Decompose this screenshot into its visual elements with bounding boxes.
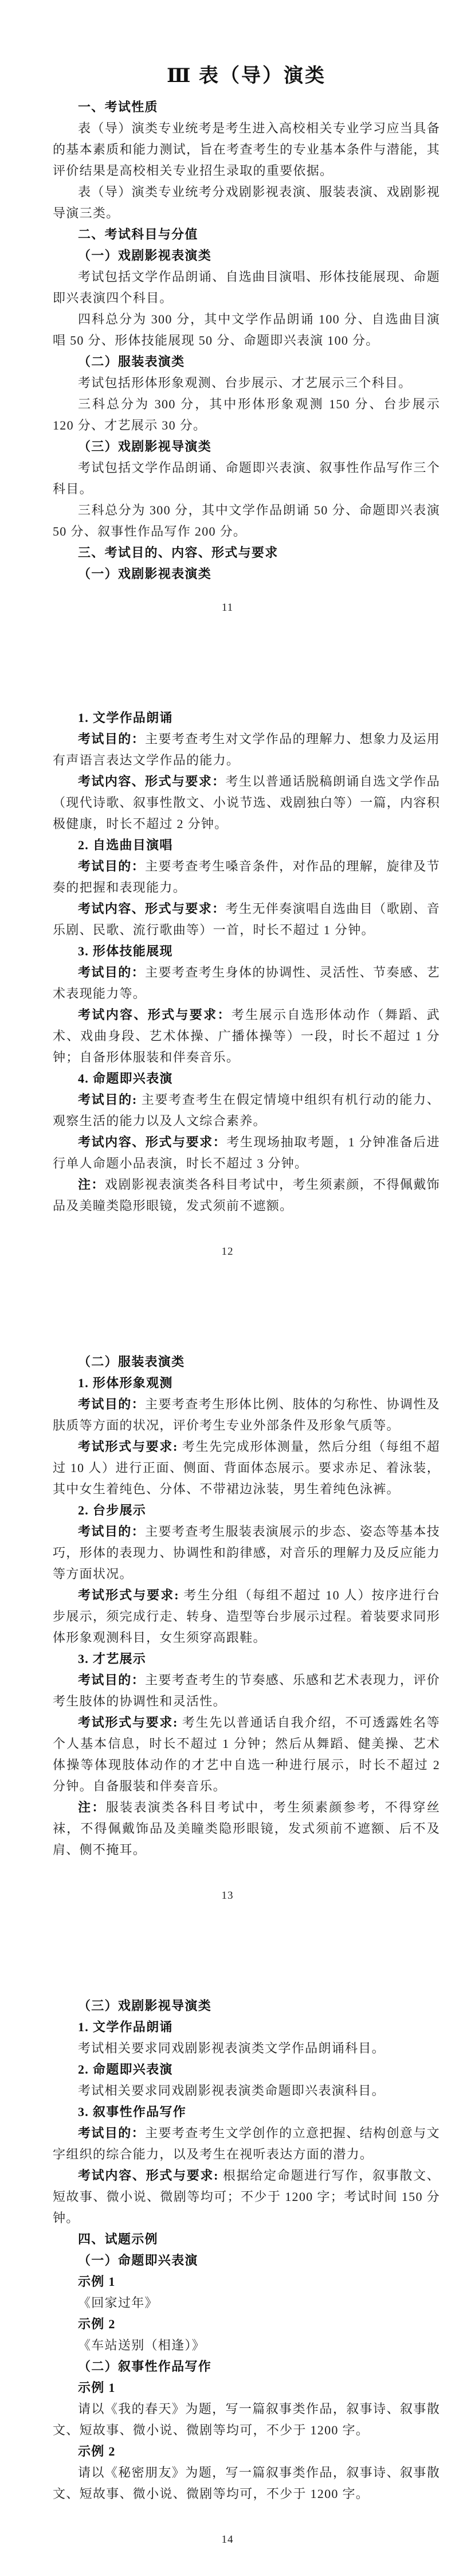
page-13: （二）服装表演类1. 形体形象观测考试目的：主要考查考生形体比例、肢体的匀称性、… <box>0 1288 455 1932</box>
text-run: 考试相关要求同戏剧影视表演类文学作品朗诵科目。 <box>78 2041 385 2055</box>
paragraph: 表（导）演类专业统考是考生进入高校相关专业学习应当具备的基本素质和能力测试，旨在… <box>53 118 440 181</box>
paragraph: 考试目的：主要考查考生对文学作品的理解力、想象力及运用有声语言表达文学作品的能力… <box>53 728 440 771</box>
paragraph: 考试目的：主要考查考生服装表演展示的步态、姿态等基本技巧，形体的表现力、协调性和… <box>53 1521 440 1584</box>
item-heading: 1. 形体形象观测 <box>53 1372 440 1394</box>
label-run: 考试目的： <box>78 1524 145 1539</box>
text-run: 考试包括文学作品朗诵、命题即兴表演、叙事性作品写作三个科目。 <box>53 460 440 496</box>
text-run: 戏剧影视表演类各科目考试中，考生须素颜，不得佩戴饰品及美瞳类隐形眼镜，发式须前不… <box>53 1177 440 1213</box>
sub-heading: （二）叙事性作品写作 <box>53 2356 440 2377</box>
label-run: 考试目的： <box>78 732 145 746</box>
label-run: 考试形式与要求: <box>78 1588 179 1602</box>
label-run: 考试目的: <box>78 1092 137 1107</box>
paragraph: 考试内容、形式与要求：考生无伴奏演唱自选曲目（歌剧、音乐剧、民歌、流行歌曲等）一… <box>53 898 440 940</box>
label-run: 考试目的： <box>78 859 145 873</box>
paragraph: 请以《我的春天》为题，写一篇叙事类作品，叙事诗、叙事散文、短故事、微小说、微剧等… <box>53 2398 440 2441</box>
paragraph: 考试相关要求同戏剧影视表演类命题即兴表演科目。 <box>53 2080 440 2101</box>
paragraph: 考试目的: 主要考查考生在假定情境中组织有机行动的能力、观察生活的能力以及人文综… <box>53 1089 440 1131</box>
item-heading: 4. 命题即兴表演 <box>53 1068 440 1089</box>
paragraph: 请以《秘密朋友》为题，写一篇叙事类作品，叙事诗、叙事散文、短故事、微小说、微剧等… <box>53 2462 440 2504</box>
text-run: 表（导）演类专业统考是考生进入高校相关专业学习应当具备的基本素质和能力测试，旨在… <box>53 121 440 178</box>
text-run: 《回家过年》 <box>78 2296 158 2310</box>
item-heading: 2. 台步展示 <box>53 1500 440 1521</box>
page-12: 1. 文学作品朗诵考试目的：主要考查考生对文学作品的理解力、想象力及运用有声语言… <box>0 644 455 1288</box>
sub-heading: （一）戏剧影视表演类 <box>53 245 440 266</box>
paragraph: 考试包括文学作品朗诵、自选曲目演唱、形体技能展现、命题即兴表演四个科目。 <box>53 266 440 309</box>
paragraph: 考试形式与要求: 考生先完成形体测量，然后分组（每组不超过 10 人）进行正面、… <box>53 1436 440 1500</box>
document: Ⅲ 表（导）演类一、考试性质表（导）演类专业统考是考生进入高校相关专业学习应当具… <box>0 0 455 2576</box>
sub-heading: （三）戏剧影视导演类 <box>53 436 440 457</box>
paragraph: 《回家过年》 <box>53 2292 440 2313</box>
paragraph: 《车站送别（相逢）》 <box>53 2335 440 2356</box>
text-run: 三科总分为 300 分，其中文学作品朗诵 50 分、命题即兴表演 50 分、叙事… <box>53 503 440 538</box>
paragraph: 考试包括形体形象观测、台步展示、才艺展示三个科目。 <box>53 372 440 393</box>
label-run: 考试目的： <box>78 2126 145 2140</box>
item-heading: 示例 1 <box>53 2271 440 2292</box>
item-heading: 1. 文学作品朗诵 <box>53 707 440 728</box>
page-number: 13 <box>0 1890 455 1902</box>
paragraph: 表（导）演类专业统考分戏剧影视表演、服装表演、戏剧影视导演三类。 <box>53 181 440 224</box>
paragraph: 考试形式与要求: 考生先以普通话自我介绍，不可透露姓名等个人基本信息，时长不超过… <box>53 1712 440 1797</box>
paragraph: 四科总分为 300 分，其中文学作品朗诵 100 分、自选曲目演唱 50 分、形… <box>53 309 440 351</box>
label-run: 考试内容、形式与要求： <box>78 1135 226 1149</box>
paragraph: 三科总分为 300 分，其中形体形象观测 150 分、台步展示 120 分、才艺… <box>53 393 440 436</box>
paragraph: 考试目的：主要考查考生文学创作的立意把握、结构创意与文字组织的综合能力，以及考生… <box>53 2122 440 2165</box>
item-heading: 示例 2 <box>53 2441 440 2462</box>
text-run: 四科总分为 300 分，其中文学作品朗诵 100 分、自选曲目演唱 50 分、形… <box>53 312 440 348</box>
section-heading: 一、考试性质 <box>53 96 440 118</box>
label-run: 考试内容、形式与要求： <box>78 1008 232 1022</box>
page-14: （三）戏剧影视导演类1. 文学作品朗诵考试相关要求同戏剧影视表演类文学作品朗诵科… <box>0 1932 455 2576</box>
page-number: 12 <box>0 1246 455 1258</box>
item-heading: 1. 文学作品朗诵 <box>53 2016 440 2038</box>
document-title: Ⅲ 表（导）演类 <box>53 63 440 89</box>
sub-heading: （二）服装表演类 <box>53 1351 440 1372</box>
text-run: 三科总分为 300 分，其中形体形象观测 150 分、台步展示 120 分、才艺… <box>53 397 440 432</box>
paragraph: 考试内容、形式与要求: 根据给定命题进行写作，叙事散文、短故事、微小说、微剧等均… <box>53 2165 440 2228</box>
label-run: 考试内容、形式与要求： <box>78 774 226 789</box>
label-run: 考试内容、形式与要求： <box>78 901 226 916</box>
text-run: 服装表演类各科目考试中，考生须素颜参考，不得穿丝袜，不得佩戴饰品及美瞳类隐形眼镜… <box>53 1800 440 1857</box>
sub-heading: （三）戏剧影视导演类 <box>53 1995 440 2016</box>
paragraph: 三科总分为 300 分，其中文学作品朗诵 50 分、命题即兴表演 50 分、叙事… <box>53 499 440 542</box>
paragraph: 考试目的：主要考查考生嗓音条件，对作品的理解，旋律及节奏的把握和表现能力。 <box>53 856 440 898</box>
sub-heading: （一）命题即兴表演 <box>53 2250 440 2271</box>
page-number: 11 <box>0 602 455 614</box>
sub-heading: （一）戏剧影视表演类 <box>53 563 440 584</box>
sub-heading: （二）服装表演类 <box>53 351 440 372</box>
item-heading: 2. 自选曲目演唱 <box>53 834 440 856</box>
paragraph: 考试形式与要求: 考生分组（每组不超过 10 人）按序进行台步展示，须完成行走、… <box>53 1584 440 1648</box>
item-heading: 2. 命题即兴表演 <box>53 2059 440 2080</box>
label-run: 考试目的： <box>78 1673 145 1687</box>
label-run: 考试形式与要求: <box>78 1715 178 1730</box>
paragraph: 考试内容、形式与要求：考生展示自选形体动作（舞蹈、武术、戏曲身段、艺术体操、广播… <box>53 1004 440 1068</box>
section-heading: 二、考试科目与分值 <box>53 224 440 245</box>
item-heading: 示例 1 <box>53 2377 440 2398</box>
section-heading: 四、试题示例 <box>53 2228 440 2250</box>
paragraph: 考试内容、形式与要求：考生以普通话脱稿朗诵自选文学作品（现代诗歌、叙事性散文、小… <box>53 771 440 834</box>
item-heading: 3. 形体技能展现 <box>53 940 440 962</box>
label-run: 考试形式与要求: <box>78 1439 178 1454</box>
item-heading: 示例 2 <box>53 2313 440 2335</box>
text-run: 考试包括形体形象观测、台步展示、才艺展示三个科目。 <box>78 376 412 390</box>
text-run: 《车站送别（相逢）》 <box>78 2338 205 2352</box>
text-run: 考试相关要求同戏剧影视表演类命题即兴表演科目。 <box>78 2083 385 2098</box>
paragraph: 注：戏剧影视表演类各科目考试中，考生须素颜，不得佩戴饰品及美瞳类隐形眼镜，发式须… <box>53 1174 440 1216</box>
text-run: 表（导）演类专业统考分戏剧影视表演、服装表演、戏剧影视导演三类。 <box>53 185 440 220</box>
paragraph: 注：服装表演类各科目考试中，考生须素颜参考，不得穿丝袜，不得佩戴饰品及美瞳类隐形… <box>53 1797 440 1860</box>
page-number: 14 <box>0 2534 455 2546</box>
label-run: 注： <box>78 1177 105 1192</box>
paragraph: 考试目的：主要考查考生的节奏感、乐感和艺术表现力，评价考生肢体的协调性和灵活性。 <box>53 1669 440 1712</box>
text-run: 请以《秘密朋友》为题，写一篇叙事类作品，叙事诗、叙事散文、短故事、微小说、微剧等… <box>53 2465 440 2501</box>
section-heading: 三、考试目的、内容、形式与要求 <box>53 542 440 563</box>
paragraph: 考试相关要求同戏剧影视表演类文学作品朗诵科目。 <box>53 2038 440 2059</box>
label-run: 注： <box>78 1800 106 1814</box>
paragraph: 考试目的：主要考查考生形体比例、肢体的匀称性、协调性及肤质等方面的状况，评价考生… <box>53 1394 440 1436</box>
label-run: 考试内容、形式与要求: <box>78 2168 219 2183</box>
paragraph: 考试目的：主要考查考生身体的协调性、灵活性、节奏感、艺术表现能力等。 <box>53 962 440 1004</box>
text-run: 考试包括文学作品朗诵、自选曲目演唱、形体技能展现、命题即兴表演四个科目。 <box>53 270 440 305</box>
item-heading: 3. 才艺展示 <box>53 1648 440 1669</box>
text-run: 请以《我的春天》为题，写一篇叙事类作品，叙事诗、叙事散文、短故事、微小说、微剧等… <box>53 2402 440 2437</box>
page-11: Ⅲ 表（导）演类一、考试性质表（导）演类专业统考是考生进入高校相关专业学习应当具… <box>0 0 455 644</box>
paragraph: 考试内容、形式与要求：考生现场抽取考题，1 分钟准备后进行单人命题小品表演，时长… <box>53 1131 440 1174</box>
paragraph: 考试包括文学作品朗诵、命题即兴表演、叙事性作品写作三个科目。 <box>53 457 440 499</box>
label-run: 考试目的： <box>78 1397 145 1411</box>
label-run: 考试目的： <box>78 965 145 979</box>
item-heading: 3. 叙事性作品写作 <box>53 2101 440 2122</box>
